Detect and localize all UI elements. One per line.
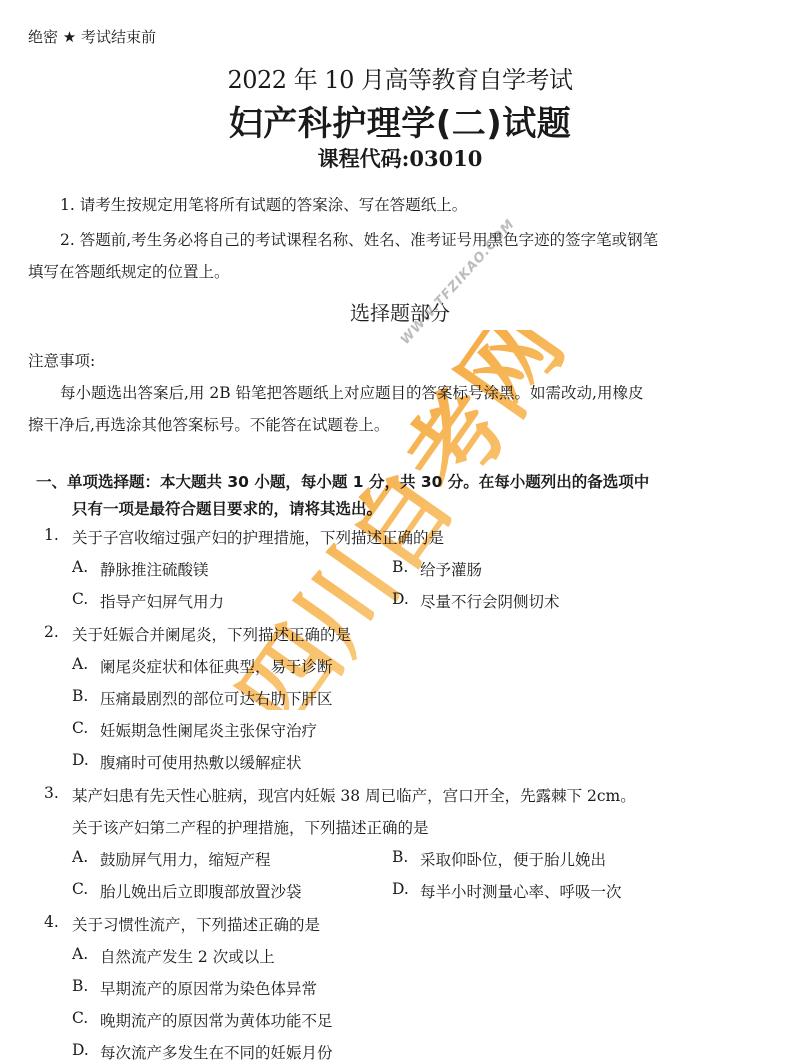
question-stem: 某产妇患有先天性心脏病，现宫内妊娠 38 周已临产，宫口开全，先露棘下 2cm。 [72, 784, 636, 806]
option-letter: D. [72, 1041, 89, 1059]
option-letter: A. [72, 558, 88, 576]
option-letter: C. [72, 1009, 88, 1027]
option-text: 每次流产多发生在不同的妊娠月份 [100, 1041, 333, 1062]
part-heading: 一、单项选择题：本大题共 30 小题，每小题 1 分，共 30 分。在每小题列出… [36, 470, 649, 492]
option-letter: C. [72, 719, 88, 737]
question-number: 3. [44, 784, 59, 802]
option-text: 早期流产的原因常为染色体异常 [100, 977, 317, 999]
option-text: 尽量不行会阴侧切术 [420, 590, 560, 612]
option-letter: D. [392, 880, 409, 898]
option-text: 给予灌肠 [420, 558, 482, 580]
question-number: 2. [44, 623, 59, 641]
instruction-1: 1. 请考生按规定用笔将所有试题的答案涂、写在答题纸上。 [60, 193, 467, 215]
option-text: 晚期流产的原因常为黄体功能不足 [100, 1009, 333, 1031]
question-stem: 关于妊娠合并阑尾炎，下列描述正确的是 [72, 623, 351, 645]
part-heading-continued: 只有一项是最符合题目要求的，请将其选出。 [72, 497, 382, 519]
option-letter: D. [392, 590, 409, 608]
option-letter: C. [72, 880, 88, 898]
option-letter: C. [72, 590, 88, 608]
option-text: 鼓励屏气用力，缩短产程 [100, 848, 271, 870]
exam-title: 2022 年 10 月高等教育自学考试 [0, 60, 800, 95]
option-text: 阑尾炎症状和体征典型，易于诊断 [100, 655, 333, 677]
question-number: 4. [44, 913, 59, 931]
option-text: 自然流产发生 2 次或以上 [100, 945, 275, 967]
subject-title: 妇产科护理学(二)试题 [0, 96, 800, 145]
notes-text-line-1: 每小题选出答案后,用 2B 铅笔把答题纸上对应题目的答案标号涂黑。如需改动,用橡… [60, 381, 643, 403]
section-title: 选择题部分 [0, 297, 800, 326]
option-letter: A. [72, 655, 88, 673]
option-letter: A. [72, 848, 88, 866]
instruction-2-continued: 填写在答题纸规定的位置上。 [28, 260, 230, 282]
option-text: 胎儿娩出后立即腹部放置沙袋 [100, 880, 302, 902]
option-letter: B. [392, 848, 408, 866]
notes-text-line-2: 擦干净后,再选涂其他答案标号。不能答在试题卷上。 [28, 413, 389, 435]
option-text: 妊娠期急性阑尾炎主张保守治疗 [100, 719, 317, 741]
question-number: 1. [44, 526, 59, 544]
option-letter: B. [392, 558, 408, 576]
option-text: 采取仰卧位，便于胎儿娩出 [420, 848, 606, 870]
option-text: 指导产妇屏气用力 [100, 590, 224, 612]
option-text: 腹痛时可使用热敷以缓解症状 [100, 751, 302, 773]
course-code: 课程代码:03010 [0, 143, 800, 173]
option-letter: A. [72, 945, 88, 963]
question-stem: 关于子宫收缩过强产妇的护理措施，下列描述正确的是 [72, 526, 444, 548]
instruction-2: 2. 答题前,考生务必将自己的考试课程名称、姓名、准考证号用黑色字迹的签字笔或钢… [60, 228, 658, 250]
question-stem-continued: 关于该产妇第二产程的护理措施，下列描述正确的是 [72, 816, 429, 838]
confidential-label: 绝密 ★ 考试结束前 [28, 26, 156, 47]
notes-label: 注意事项: [28, 349, 95, 371]
option-text: 静脉推注硫酸镁 [100, 558, 209, 580]
option-letter: B. [72, 687, 88, 705]
option-text: 每半小时测量心率、呼吸一次 [420, 880, 622, 902]
option-text: 压痛最剧烈的部位可达右肋下肝区 [100, 687, 333, 709]
option-letter: B. [72, 977, 88, 995]
question-stem: 关于习惯性流产，下列描述正确的是 [72, 913, 320, 935]
option-letter: D. [72, 751, 89, 769]
